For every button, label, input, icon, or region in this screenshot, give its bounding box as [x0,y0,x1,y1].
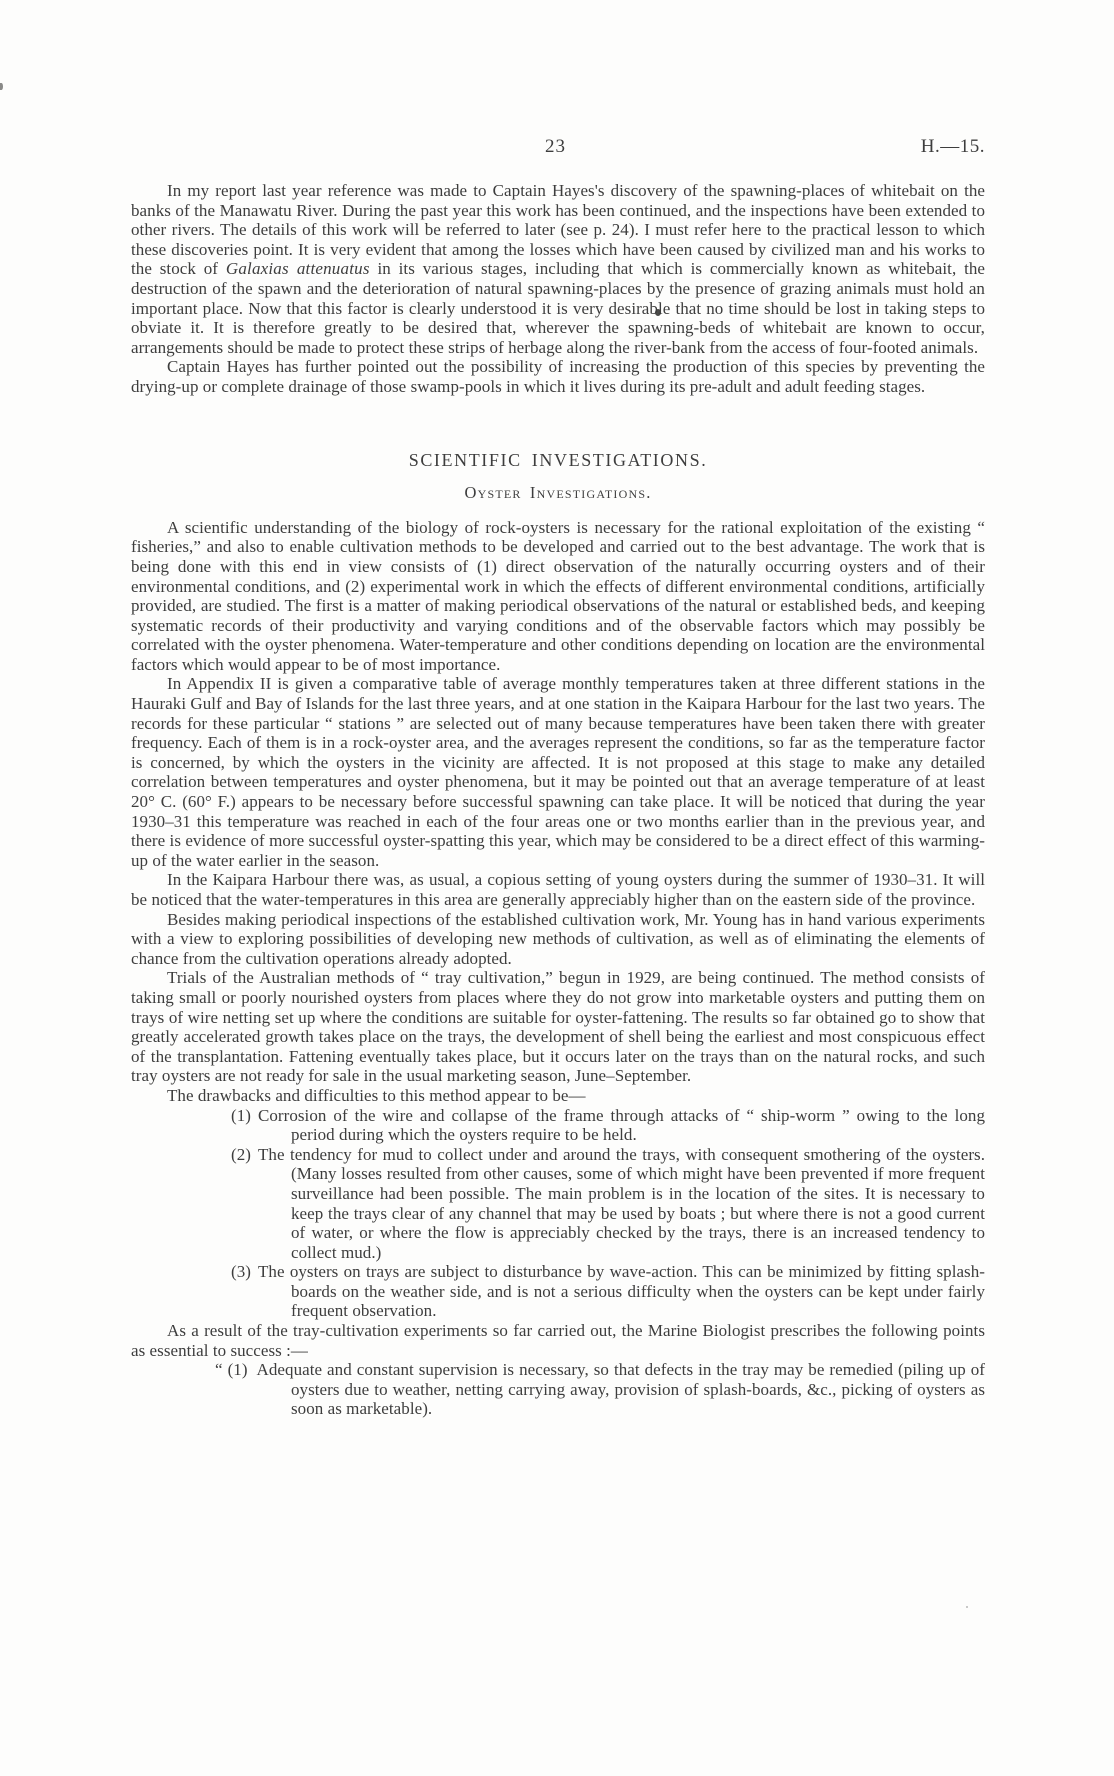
subsection-heading: Oyster Investigations. [131,483,985,503]
paragraph-whitebait-report: In my report last year reference was mad… [131,181,985,357]
paragraph-captain-hayes: Captain Hayes has further pointed out th… [131,357,985,396]
scan-speck [0,83,3,90]
paragraph-marine-biologist: As a result of the tray-cultivation expe… [131,1321,985,1360]
list-item-text: Adequate and constant supervision is nec… [257,1360,985,1418]
list-item-mud: (2)The tendency for mud to collect under… [131,1145,985,1263]
paragraph-kaipara-harbour: In the Kaipara Harbour there was, as usu… [131,870,985,909]
page-header: 23 H.—15. [131,136,985,160]
list-item-supervision: “ (1)Adequate and constant supervision i… [131,1360,985,1419]
list-item-wave-action: (3)The oysters on trays are subject to d… [131,1262,985,1321]
paragraph-appendix-temperatures: In Appendix II is given a comparative ta… [131,674,985,870]
list-item-text: The tendency for mud to collect under an… [258,1145,985,1262]
body-text: In my report last year reference was mad… [131,181,985,1419]
list-item-corrosion: (1)Corrosion of the wire and collapse of… [131,1106,985,1145]
report-code: H.—15. [921,136,985,158]
list-item-text: Corrosion of the wire and collapse of th… [258,1106,985,1145]
page-content: 23 H.—15. In my report last year referen… [131,136,985,1419]
list-item-marker: (2) [231,1145,251,1164]
species-name-italic: Galaxias attenuatus [226,259,370,278]
list-item-text: The oysters on trays are subject to dist… [258,1262,985,1320]
drawbacks-list: (1)Corrosion of the wire and collapse of… [131,1106,985,1322]
drawbacks-intro: The drawbacks and difficulties to this m… [131,1086,985,1106]
prescriptions-list: “ (1)Adequate and constant supervision i… [131,1360,985,1419]
list-item-marker: “ (1) [215,1360,248,1379]
page-number: 23 [545,136,566,158]
scan-speck [966,1606,968,1608]
paragraph-tray-cultivation: Trials of the Australian methods of “ tr… [131,968,985,1086]
scanned-report-page: 23 H.—15. In my report last year referen… [0,0,1114,1776]
paragraph-oyster-biology: A scientific understanding of the biolog… [131,518,985,675]
list-item-marker: (3) [231,1262,251,1281]
section-heading: SCIENTIFIC INVESTIGATIONS. [131,451,985,471]
list-item-marker: (1) [231,1106,251,1125]
paragraph-young-experiments: Besides making periodical inspections of… [131,910,985,969]
